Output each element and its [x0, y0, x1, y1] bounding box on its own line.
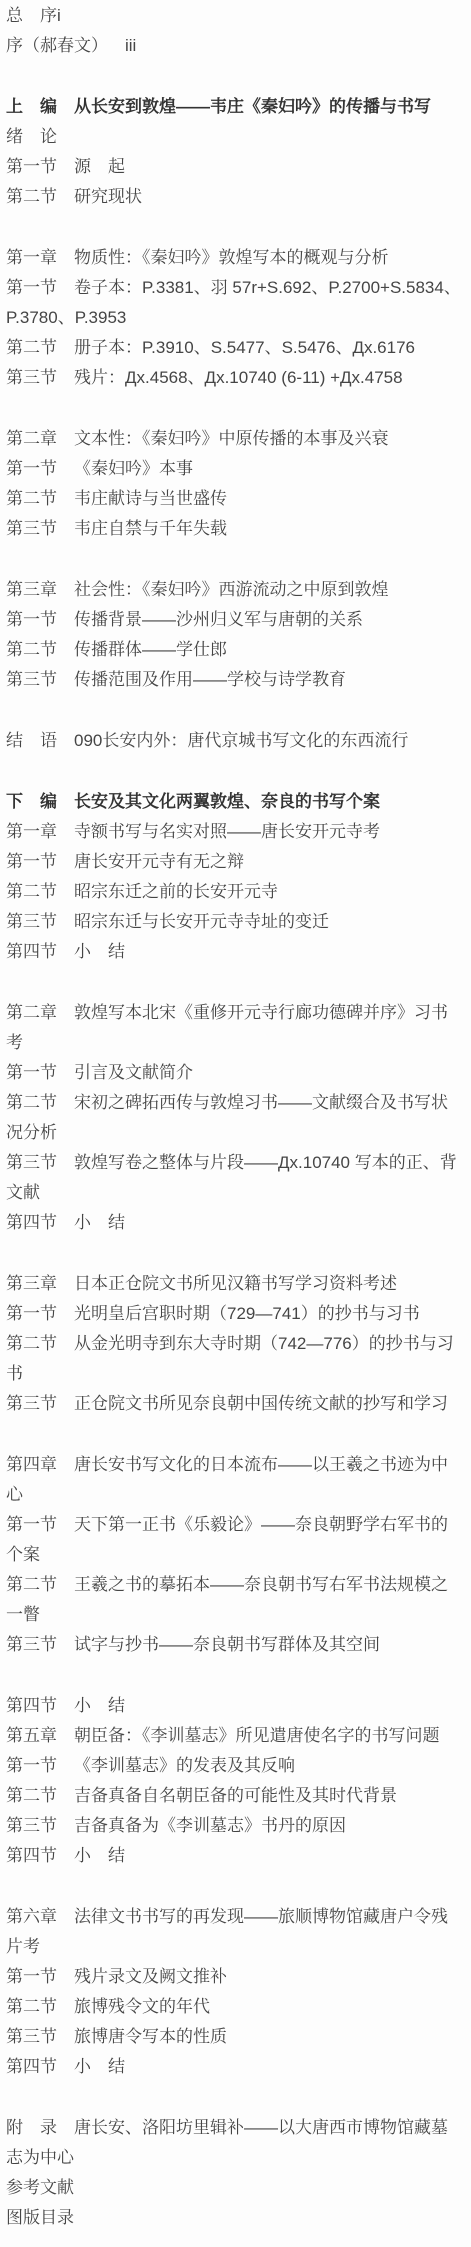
- toc-entry-label: 第一节: [6, 1063, 57, 1082]
- toc-entry-label: 第四章: [6, 1455, 57, 1474]
- toc-entry: 第四节小 结: [6, 1841, 463, 1871]
- toc-entry-title: 小 结: [74, 942, 125, 961]
- toc-entry-title: iii: [125, 36, 136, 55]
- toc-entry-label: 第三章: [6, 580, 57, 599]
- toc-entry-title: 唐长安、洛阳坊里辑补——以大唐西市博物馆藏墓志为中心: [6, 2118, 448, 2167]
- toc-entry: 第二节传播群体——学仕郎: [6, 635, 463, 665]
- toc-entry-title: 研究现状: [74, 187, 142, 206]
- toc-entry-title: 卷子本：P.3381、羽 57r+S.692、P.2700+S.5834、P.3…: [6, 278, 461, 327]
- toc-entry-label: 第三节: [6, 519, 57, 538]
- toc-entry-label: 附 录: [6, 2118, 57, 2137]
- toc-entry-title: 长安及其文化两翼敦煌、奈良的书写个案: [74, 792, 380, 811]
- toc-entry: 第五章朝臣备：《李训墓志》所见遣唐使名字的书写问题: [6, 1721, 463, 1751]
- toc-entry-title: 韦庄自禁与千年失载: [74, 519, 227, 538]
- toc-entry-title: 韦庄献诗与当世盛传: [74, 489, 227, 508]
- toc-entry: 第一节卷子本：P.3381、羽 57r+S.692、P.2700+S.5834、…: [6, 273, 463, 333]
- toc-entry-label: 第二节: [6, 1997, 57, 2016]
- toc-entry-label: 第二章: [6, 1003, 57, 1022]
- toc-entry: 第三章日本正仓院文书所见汉籍书写学习资料考述: [6, 1269, 463, 1299]
- toc-entry-title: 日本正仓院文书所见汉籍书写学习资料考述: [74, 1274, 397, 1293]
- toc-entry-title: 小 结: [74, 1213, 125, 1232]
- toc-entry-label: 第二节: [6, 187, 57, 206]
- toc-entry: 第二节昭宗东迁之前的长安开元寺: [6, 877, 463, 907]
- toc-entry-title: 传播群体——学仕郎: [74, 640, 227, 659]
- toc-entry: 第三节敦煌写卷之整体与片段——Дх.10740 写本的正、背文献: [6, 1148, 463, 1208]
- toc-entry-label: 第五章: [6, 1726, 57, 1745]
- toc-entry: 第四节小 结: [6, 1691, 463, 1721]
- toc-entry-label: 下 编: [6, 792, 57, 811]
- toc-part-heading: 上 编从长安到敦煌——韦庄《秦妇吟》的传播与书写: [6, 92, 463, 122]
- toc-entry: 第三节传播范围及作用——学校与诗学教育: [6, 665, 463, 695]
- table-of-contents: 总 序i序（郝春文）iii上 编从长安到敦煌——韦庄《秦妇吟》的传播与书写绪 论…: [0, 0, 471, 2247]
- toc-entry-label: 第三节: [6, 1635, 57, 1654]
- toc-entry-title: 小 结: [74, 2057, 125, 2076]
- toc-entry-label: 第三章: [6, 1274, 57, 1293]
- toc-entry-label: 第一章: [6, 248, 57, 267]
- toc-entry-title: 敦煌写本北宋《重修开元寺行廊功德碑并序》习书考: [6, 1003, 448, 1052]
- toc-entry-label: 第二节: [6, 882, 57, 901]
- toc-entry-label: 第一节: [6, 278, 57, 297]
- toc-entry-label: 第四节: [6, 1696, 57, 1715]
- toc-entry: 第三节韦庄自禁与千年失载: [6, 514, 463, 544]
- toc-entry: 第二章文本性：《秦妇吟》中原传播的本事及兴衰: [6, 424, 463, 454]
- toc-entry-label: 第一节: [6, 1515, 57, 1534]
- toc-entry-title: 敦煌写卷之整体与片段——Дх.10740 写本的正、背文献: [6, 1153, 457, 1202]
- toc-entry-title: 吉备真备为《李训墓志》书丹的原因: [74, 1816, 346, 1835]
- toc-entry-title: 寺额书写与名实对照——唐长安开元寺考: [74, 822, 380, 841]
- toc-entry: 第一节残片录文及阙文推补: [6, 1962, 463, 1992]
- toc-entry-label: 第三节: [6, 1816, 57, 1835]
- toc-entry-title: 天下第一正书《乐毅论》——奈良朝野学右军书的个案: [6, 1515, 448, 1564]
- toc-entry-label: 绪 论: [6, 127, 57, 146]
- toc-entry-label: 第二节: [6, 1786, 57, 1805]
- toc-entry-label: 第四节: [6, 1213, 57, 1232]
- toc-entry: 第二节旅博残令文的年代: [6, 1992, 463, 2022]
- toc-entry-title: 090长安内外：唐代京城书写文化的东西流行: [74, 731, 408, 750]
- toc-entry-label: 第二节: [6, 640, 57, 659]
- toc-entry-label: 第一节: [6, 157, 57, 176]
- toc-entry: 第三章社会性：《秦妇吟》西游流动之中原到敦煌: [6, 575, 463, 605]
- toc-entry: 第二节从金光明寺到东大寺时期（742—776）的抄书与习书: [6, 1329, 463, 1389]
- toc-entry-title: 旅博唐令写本的性质: [74, 2027, 227, 2046]
- toc-entry-title: 昭宗东迁之前的长安开元寺: [74, 882, 278, 901]
- toc-entry-title: 《李训墓志》的发表及其反响: [74, 1756, 295, 1775]
- toc-entry-label: 上 编: [6, 97, 57, 116]
- toc-entry: 第四节小 结: [6, 1208, 463, 1238]
- toc-entry-title: 唐长安书写文化的日本流布——以王羲之书迹为中心: [6, 1455, 448, 1504]
- toc-entry-title: 传播范围及作用——学校与诗学教育: [74, 670, 346, 689]
- toc-entry-label: 第二节: [6, 1334, 57, 1353]
- toc-entry-title: 小 结: [74, 1846, 125, 1865]
- toc-entry: 第四章唐长安书写文化的日本流布——以王羲之书迹为中心: [6, 1450, 463, 1510]
- toc-entry: 第二节宋初之碑拓西传与敦煌习书——文献缀合及书写状况分析: [6, 1088, 463, 1148]
- toc-entry-label: 第三节: [6, 368, 57, 387]
- toc-entry: 第四节小 结: [6, 937, 463, 967]
- toc-entry-title: 传播背景——沙州归义军与唐朝的关系: [74, 610, 363, 629]
- toc-entry: 第二节册子本：P.3910、S.5477、S.5476、Дх.6176: [6, 333, 463, 363]
- toc-entry: 第四节小 结: [6, 2052, 463, 2082]
- toc-entry: 序（郝春文）iii: [6, 31, 463, 61]
- toc-entry: 第三节试字与抄书——奈良朝书写群体及其空间: [6, 1630, 463, 1660]
- toc-entry-title: 小 结: [74, 1696, 125, 1715]
- toc-entry: 第二节研究现状: [6, 182, 463, 212]
- toc-entry: 第一节《李训墓志》的发表及其反响: [6, 1751, 463, 1781]
- toc-entry: 第三节吉备真备为《李训墓志》书丹的原因: [6, 1811, 463, 1841]
- toc-entry-label: 第四节: [6, 2057, 57, 2076]
- toc-entry: 第六章法律文书书写的再发现——旅顺博物馆藏唐户令残片考: [6, 1902, 463, 1962]
- toc-entry-title: 残片录文及阙文推补: [74, 1967, 227, 1986]
- toc-entry-label: 序（郝春文）: [6, 36, 108, 55]
- toc-entry: 结 语090长安内外：唐代京城书写文化的东西流行: [6, 726, 463, 756]
- toc-entry-label: 第三节: [6, 1153, 57, 1172]
- toc-entry-label: 第一节: [6, 1304, 57, 1323]
- toc-entry-label: 第三节: [6, 912, 57, 931]
- toc-entry: 绪 论: [6, 122, 463, 152]
- toc-entry-label: 第一节: [6, 1756, 57, 1775]
- toc-entry-title: 从长安到敦煌——韦庄《秦妇吟》的传播与书写: [74, 97, 431, 116]
- toc-entry: 第一章寺额书写与名实对照——唐长安开元寺考: [6, 817, 463, 847]
- toc-entry-label: 第二章: [6, 429, 57, 448]
- toc-entry-label: 第二节: [6, 489, 57, 508]
- toc-entry: 第一节传播背景——沙州归义军与唐朝的关系: [6, 605, 463, 635]
- toc-part-heading: 下 编长安及其文化两翼敦煌、奈良的书写个案: [6, 787, 463, 817]
- toc-entry-title: 旅博残令文的年代: [74, 1997, 210, 2016]
- toc-entry-title: 《秦妇吟》本事: [74, 459, 193, 478]
- toc-entry-label: 第一节: [6, 852, 57, 871]
- toc-entry: 图版目录: [6, 2203, 463, 2233]
- toc-entry: 第一节《秦妇吟》本事: [6, 454, 463, 484]
- toc-entry-title: 源 起: [74, 157, 125, 176]
- toc-entry-title: 引言及文献简介: [74, 1063, 193, 1082]
- toc-entry: 第二节韦庄献诗与当世盛传: [6, 484, 463, 514]
- toc-entry: 第一节唐长安开元寺有无之辩: [6, 847, 463, 877]
- toc-entry-label: 结 语: [6, 731, 57, 750]
- toc-entry-title: 文本性：《秦妇吟》中原传播的本事及兴衰: [74, 429, 389, 448]
- toc-entry-label: 第三节: [6, 1394, 57, 1413]
- toc-entry-label: 图版目录: [6, 2208, 74, 2227]
- toc-entry-label: 第四节: [6, 942, 57, 961]
- toc-entry: 第二节王羲之书的摹拓本——奈良朝书写右军书法规模之一瞥: [6, 1570, 463, 1630]
- toc-entry-label: 第一节: [6, 1967, 57, 1986]
- toc-entry-title: 唐长安开元寺有无之辩: [74, 852, 244, 871]
- toc-entry: 参考文献: [6, 2173, 463, 2203]
- toc-entry: 第三节昭宗东迁与长安开元寺寺址的变迁: [6, 907, 463, 937]
- toc-entry-label: 第一节: [6, 610, 57, 629]
- toc-entry: 附 录唐长安、洛阳坊里辑补——以大唐西市博物馆藏墓志为中心: [6, 2113, 463, 2173]
- toc-entry-title: 试字与抄书——奈良朝书写群体及其空间: [74, 1635, 380, 1654]
- toc-entry: 第一节引言及文献简介: [6, 1058, 463, 1088]
- toc-entry-title: 残片：Дх.4568、Дх.10740 (6-11) +Дх.4758: [74, 368, 403, 387]
- toc-entry-title: 物质性：《秦妇吟》敦煌写本的概观与分析: [74, 248, 389, 267]
- toc-entry-title: 朝臣备：《李训墓志》所见遣唐使名字的书写问题: [74, 1726, 440, 1745]
- toc-entry-title: 册子本：P.3910、S.5477、S.5476、Дх.6176: [74, 338, 415, 357]
- toc-entry-label: 第六章: [6, 1907, 57, 1926]
- toc-entry-label: 第三节: [6, 670, 57, 689]
- toc-entry: 总 序i: [6, 1, 463, 31]
- toc-entry-title: 王羲之书的摹拓本——奈良朝书写右军书法规模之一瞥: [6, 1575, 448, 1624]
- toc-entry: 第二节吉备真备自名朝臣备的可能性及其时代背景: [6, 1781, 463, 1811]
- toc-entry-title: 光明皇后宫职时期（729—741）的抄书与习书: [74, 1304, 420, 1323]
- toc-entry-title: 社会性：《秦妇吟》西游流动之中原到敦煌: [74, 580, 389, 599]
- toc-entry: 第二章敦煌写本北宋《重修开元寺行廊功德碑并序》习书考: [6, 998, 463, 1058]
- toc-entry: 第三节旅博唐令写本的性质: [6, 2022, 463, 2052]
- toc-entry: 第一节光明皇后宫职时期（729—741）的抄书与习书: [6, 1299, 463, 1329]
- toc-entry-label: 第二节: [6, 1575, 57, 1594]
- toc-entry-label: 第一章: [6, 822, 57, 841]
- toc-entry-title: 昭宗东迁与长安开元寺寺址的变迁: [74, 912, 329, 931]
- toc-entry-label: 参考文献: [6, 2178, 74, 2197]
- toc-entry-title: 宋初之碑拓西传与敦煌习书——文献缀合及书写状况分析: [6, 1093, 448, 1142]
- toc-entry: 第一节天下第一正书《乐毅论》——奈良朝野学右军书的个案: [6, 1510, 463, 1570]
- toc-entry-title: 吉备真备自名朝臣备的可能性及其时代背景: [74, 1786, 397, 1805]
- toc-entry: 第三节正仓院文书所见奈良朝中国传统文献的抄写和学习: [6, 1389, 463, 1419]
- toc-entry-label: 总 序i: [6, 6, 61, 25]
- toc-entry-label: 第二节: [6, 338, 57, 357]
- toc-entry-title: 从金光明寺到东大寺时期（742—776）的抄书与习书: [6, 1334, 454, 1383]
- toc-entry: 第一节源 起: [6, 152, 463, 182]
- toc-entry: 第三节残片：Дх.4568、Дх.10740 (6-11) +Дх.4758: [6, 363, 463, 393]
- toc-entry-label: 第二节: [6, 1093, 57, 1112]
- toc-entry-label: 第一节: [6, 459, 57, 478]
- toc-entry-title: 正仓院文书所见奈良朝中国传统文献的抄写和学习: [74, 1394, 448, 1413]
- toc-entry: 第一章物质性：《秦妇吟》敦煌写本的概观与分析: [6, 243, 463, 273]
- toc-entry-title: 法律文书书写的再发现——旅顺博物馆藏唐户令残片考: [6, 1907, 448, 1956]
- toc-entry-label: 第三节: [6, 2027, 57, 2046]
- toc-entry-label: 第四节: [6, 1846, 57, 1865]
